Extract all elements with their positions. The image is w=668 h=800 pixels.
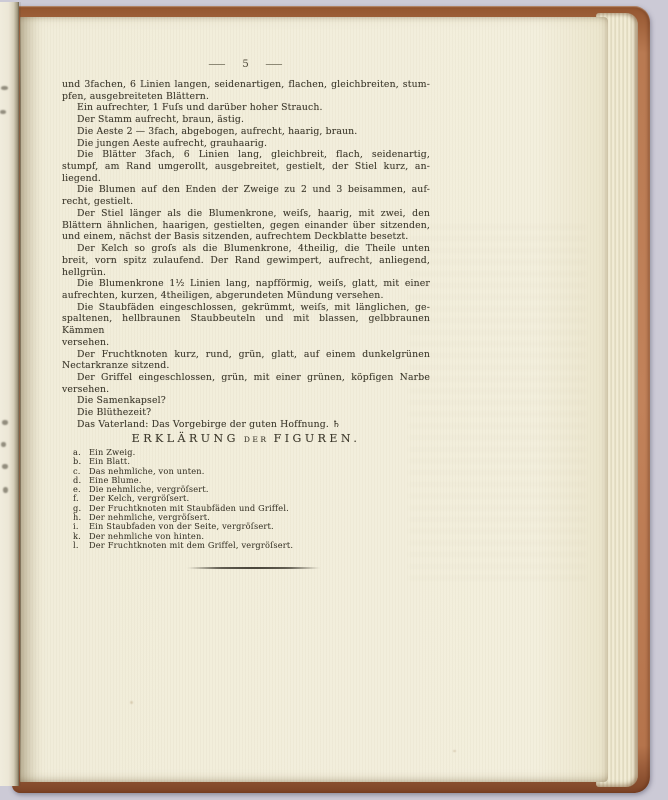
horizontal-rule	[182, 567, 320, 569]
body-line: spaltenen, hellbraunen Staubbeuteln und …	[62, 313, 430, 336]
paragraph: Die Aeste 2 — 3fach, abgebogen, aufrecht…	[62, 126, 430, 138]
list-item-text: Ein Zweig.	[89, 448, 413, 457]
paragraph: Ein aufrechter, 1 Fuſs und darüber hoher…	[62, 102, 430, 114]
body-line: versehen.	[62, 384, 430, 396]
figures-heading: ERKLÄRUNGderFIGUREN.	[62, 427, 430, 446]
show-through-ghosting	[408, 225, 586, 585]
body-line: Ein aufrechter, 1 Fuſs und darüber hoher…	[62, 102, 430, 114]
show-through-mark	[0, 110, 6, 114]
body-line: Der Fruchtknoten kurz, rund, grün, glatt…	[62, 349, 430, 361]
paragraph: Die Samenkapsel?	[62, 395, 430, 407]
figures-heading-word2: der	[244, 435, 269, 444]
body-line: Die Blumen auf den Enden der Zweige zu 2…	[62, 184, 430, 196]
body-line: Der Griffel eingeschlossen, grün, mit ei…	[62, 372, 430, 384]
body-line: pfen, ausgebreiteten Blättern.	[62, 91, 430, 103]
header-dash-right: —	[265, 58, 285, 70]
body-line: recht, gestielt.	[62, 196, 430, 208]
paragraph: Die Staubfäden eingeschlossen, gekrümmt,…	[62, 302, 430, 349]
figures-heading-word1: ERKLÄRUNG	[132, 432, 239, 445]
show-through-mark	[1, 442, 6, 447]
body-line: Der Kelch so groſs als die Blumenkrone, …	[62, 243, 430, 255]
figures-heading-word3: FIGUREN.	[274, 432, 361, 445]
paragraph: Der Griffel eingeschlossen, grün, mit ei…	[62, 372, 430, 395]
body-line: Die Blüthezeit?	[62, 407, 430, 419]
facing-page-edge	[0, 2, 19, 786]
paragraph: Die jungen Aeste aufrecht, grauhaarig.	[62, 138, 430, 150]
body-line: und einem, nächst der Basis sitzenden, a…	[62, 231, 430, 243]
body-line: breit, vorn spitz zulaufend. Der Rand ge…	[62, 255, 430, 267]
page-header: —5—	[62, 58, 430, 70]
show-through-mark	[2, 464, 8, 469]
body-line: stumpf, am Rand umgerollt, ausgebreitet,…	[62, 161, 430, 173]
show-through-mark	[3, 487, 8, 493]
list-item-text: Der Fruchtknoten mit dem Griffel, vergrö…	[89, 541, 413, 550]
body-line: Blättern ähnlichen, haarigen, gestielten…	[62, 220, 430, 232]
show-through-mark	[1, 86, 8, 90]
list-item-label: l.	[73, 541, 89, 550]
book-scan: —5— und 3fachen, 6 Linien langen, seiden…	[0, 0, 668, 800]
body-line: Der Stamm aufrecht, braun, ästig.	[62, 114, 430, 126]
list-item: l.Der Fruchtknoten mit dem Griffel, verg…	[73, 541, 413, 550]
paragraph: Die Blumenkrone 1½ Linien lang, napfförm…	[62, 278, 430, 301]
body-line: Nectarkranze sitzend.	[62, 360, 430, 372]
gutter-shadow	[19, 2, 21, 786]
paragraph: Der Stamm aufrecht, braun, ästig.	[62, 114, 430, 126]
paragraph: Der Fruchtknoten kurz, rund, grün, glatt…	[62, 349, 430, 372]
paragraph: und 3fachen, 6 Linien langen, seidenarti…	[62, 79, 430, 102]
body-line: Die Staubfäden eingeschlossen, gekrümmt,…	[62, 302, 430, 314]
page-number: 5	[242, 59, 249, 70]
body-line: Die Blumenkrone 1½ Linien lang, napfförm…	[62, 278, 430, 290]
foxing-spot	[392, 213, 394, 215]
body-line: und 3fachen, 6 Linien langen, seidenarti…	[62, 79, 430, 91]
paragraph: Die Blätter 3fach, 6 Linien lang, gleich…	[62, 149, 430, 184]
body-line: hellgrün.	[62, 267, 430, 279]
paragraph: Der Stiel länger als die Blumenkrone, we…	[62, 208, 430, 243]
body-line: aufrechten, kurzen, 4theiligen, abgerund…	[62, 290, 430, 302]
body-line: liegend.	[62, 173, 430, 185]
foxing-spot	[130, 701, 133, 704]
main-page: —5— und 3fachen, 6 Linien langen, seiden…	[20, 17, 608, 782]
header-dash-left: —	[208, 58, 228, 70]
body-line: Die Aeste 2 — 3fach, abgebogen, aufrecht…	[62, 126, 430, 138]
paragraph: Der Kelch so groſs als die Blumenkrone, …	[62, 243, 430, 278]
body-line: Die jungen Aeste aufrecht, grauhaarig.	[62, 138, 430, 150]
figures-list: a.Ein Zweig.b.Ein Blatt.c.Das nehmliche,…	[73, 448, 413, 550]
body-line: Die Blätter 3fach, 6 Linien lang, gleich…	[62, 149, 430, 161]
body-line: versehen.	[62, 337, 430, 349]
paragraph: Die Blumen auf den Enden der Zweige zu 2…	[62, 184, 430, 207]
foxing-spot	[453, 750, 456, 752]
body-line: Der Stiel länger als die Blumenkrone, we…	[62, 208, 430, 220]
body-text: und 3fachen, 6 Linien langen, seidenarti…	[62, 79, 430, 431]
paragraph: Die Blüthezeit?	[62, 407, 430, 419]
show-through-mark	[2, 420, 8, 425]
body-line: Die Samenkapsel?	[62, 395, 430, 407]
